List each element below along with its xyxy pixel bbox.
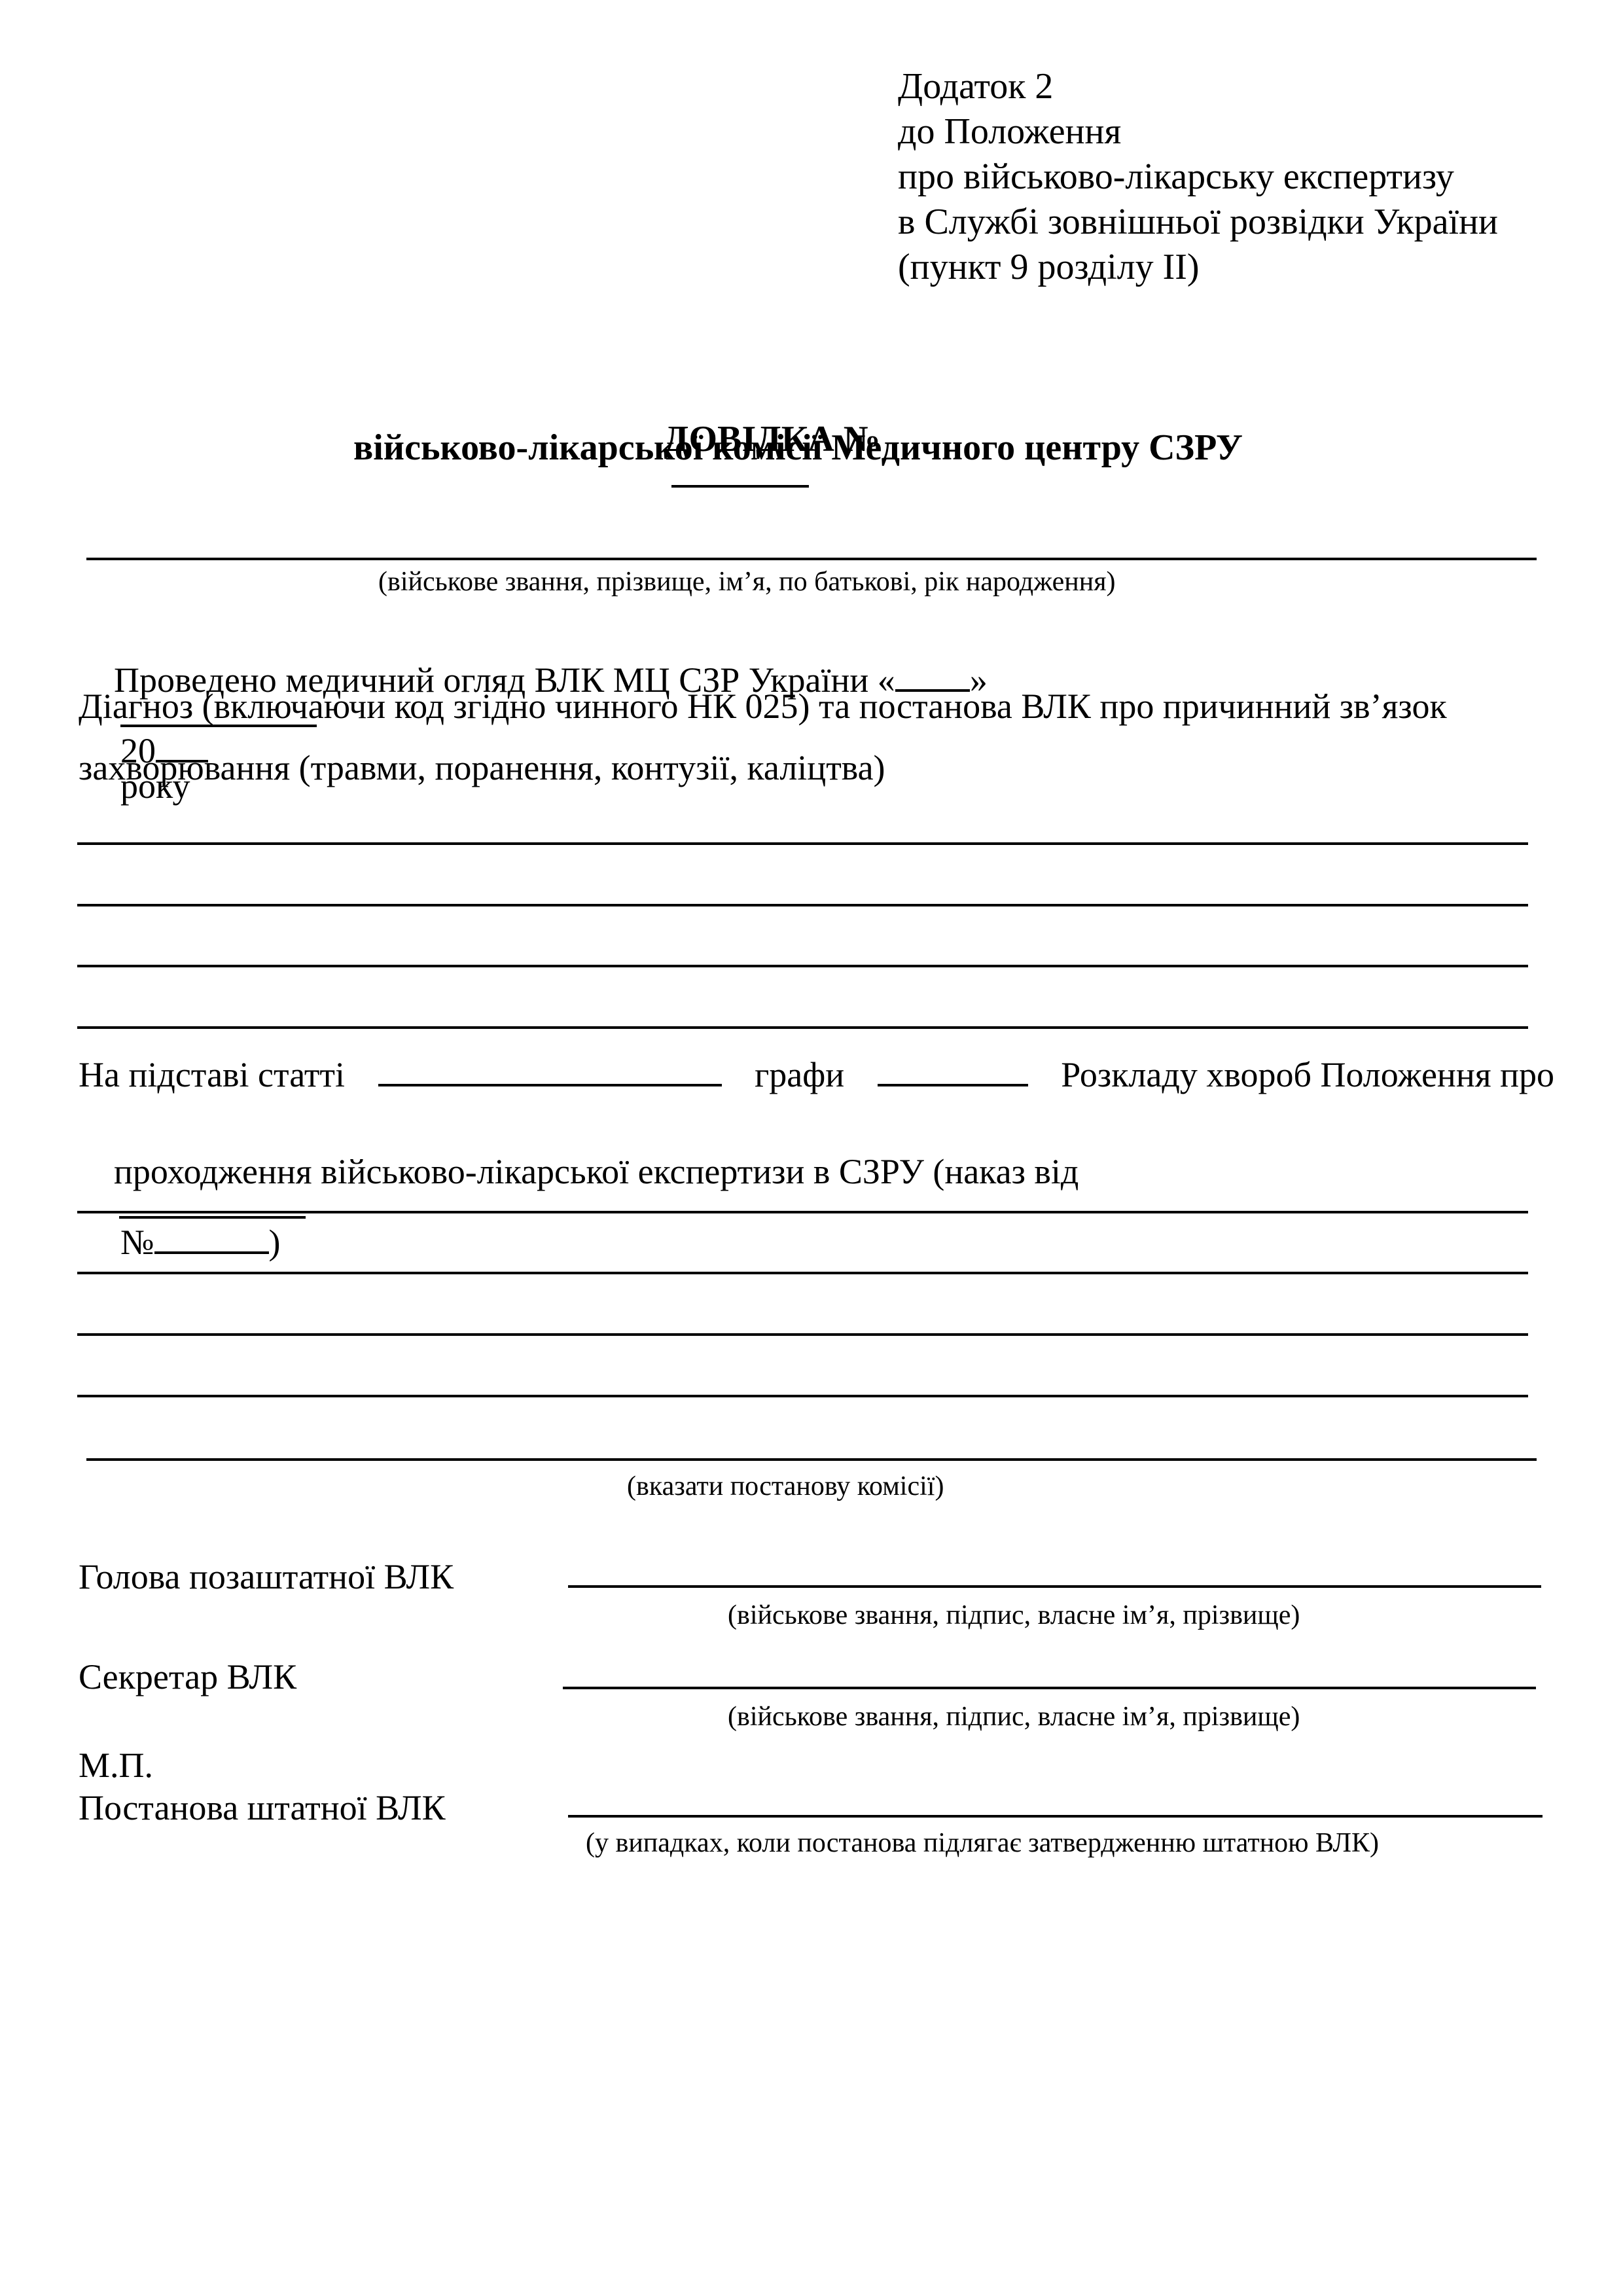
basis-close-paren: ): [269, 1223, 281, 1262]
decision-field[interactable]: [77, 1272, 1528, 1274]
order-date-field[interactable]: [119, 1216, 306, 1219]
basis-line2: проходження військово-лікарської експерт…: [79, 1119, 1079, 1295]
staff-vlk-caption: (у випадках, коли постанова підлягає зат…: [586, 1829, 1379, 1857]
head-label: Голова позаштатної ВЛК: [79, 1559, 454, 1594]
diagnosis-field[interactable]: [77, 965, 1528, 967]
appendix-line: до Положення: [898, 113, 1121, 150]
appendix-line: Додаток 2: [898, 68, 1053, 105]
basis-text-column: графи: [755, 1057, 844, 1092]
diagnosis-field[interactable]: [77, 842, 1528, 845]
basis-line1: На підставі статті графи Розкладу хвороб…: [79, 1057, 1554, 1092]
head-caption: (військове звання, підпис, власне ім’я, …: [728, 1602, 1300, 1629]
article-field[interactable]: [378, 1084, 722, 1086]
appendix-line: (пункт 9 розділу ІІ): [898, 249, 1200, 285]
person-field[interactable]: [86, 558, 1537, 560]
person-caption: (військове звання, прізвище, ім’я, по ба…: [378, 568, 1116, 596]
appendix-line: про військово-лікарську експертизу: [898, 158, 1454, 195]
number-sign: №: [120, 1223, 154, 1262]
diagnosis-label-line2: захворювання (травми, поранення, контузі…: [79, 750, 885, 785]
examination-line: Проведено медичний огляд ВЛК МЦ СЗР Укра…: [79, 627, 988, 839]
decision-caption: (вказати постанову комісії): [627, 1473, 944, 1500]
basis-text-schedule: Розкладу хвороб Положення про: [1061, 1057, 1554, 1092]
secretary-caption: (військове звання, підпис, власне ім’я, …: [728, 1703, 1300, 1731]
appendix-line: в Службі зовнішньої розвідки України: [898, 204, 1498, 240]
basis-text-article: На підставі статті: [79, 1057, 345, 1092]
decision-field[interactable]: [77, 1333, 1528, 1336]
decision-field[interactable]: [77, 1395, 1528, 1397]
column-field[interactable]: [878, 1084, 1028, 1086]
certificate-number-field[interactable]: [671, 485, 809, 488]
stamp-label: М.П.: [79, 1748, 153, 1783]
decision-field[interactable]: [77, 1211, 1528, 1213]
decision-field[interactable]: [86, 1458, 1537, 1461]
document-subtitle: військово-лікарської комісії Медичного ц…: [353, 429, 1243, 466]
order-number-field[interactable]: [154, 1251, 269, 1254]
secretary-label: Секретар ВЛК: [79, 1659, 296, 1695]
secretary-signature-field[interactable]: [563, 1687, 1536, 1689]
diagnosis-label-line1: Діагноз (включаючи код згідно чинного НК…: [79, 689, 1447, 724]
staff-vlk-label: Постанова штатної ВЛК: [79, 1790, 446, 1825]
diagnosis-field[interactable]: [77, 1026, 1528, 1029]
basis-text-order: проходження військово-лікарської експерт…: [114, 1152, 1079, 1191]
head-signature-field[interactable]: [568, 1585, 1541, 1588]
diagnosis-field[interactable]: [77, 904, 1528, 906]
staff-vlk-field[interactable]: [568, 1815, 1543, 1818]
document-page: Додаток 2 до Положення про військово-лік…: [0, 0, 1623, 2296]
